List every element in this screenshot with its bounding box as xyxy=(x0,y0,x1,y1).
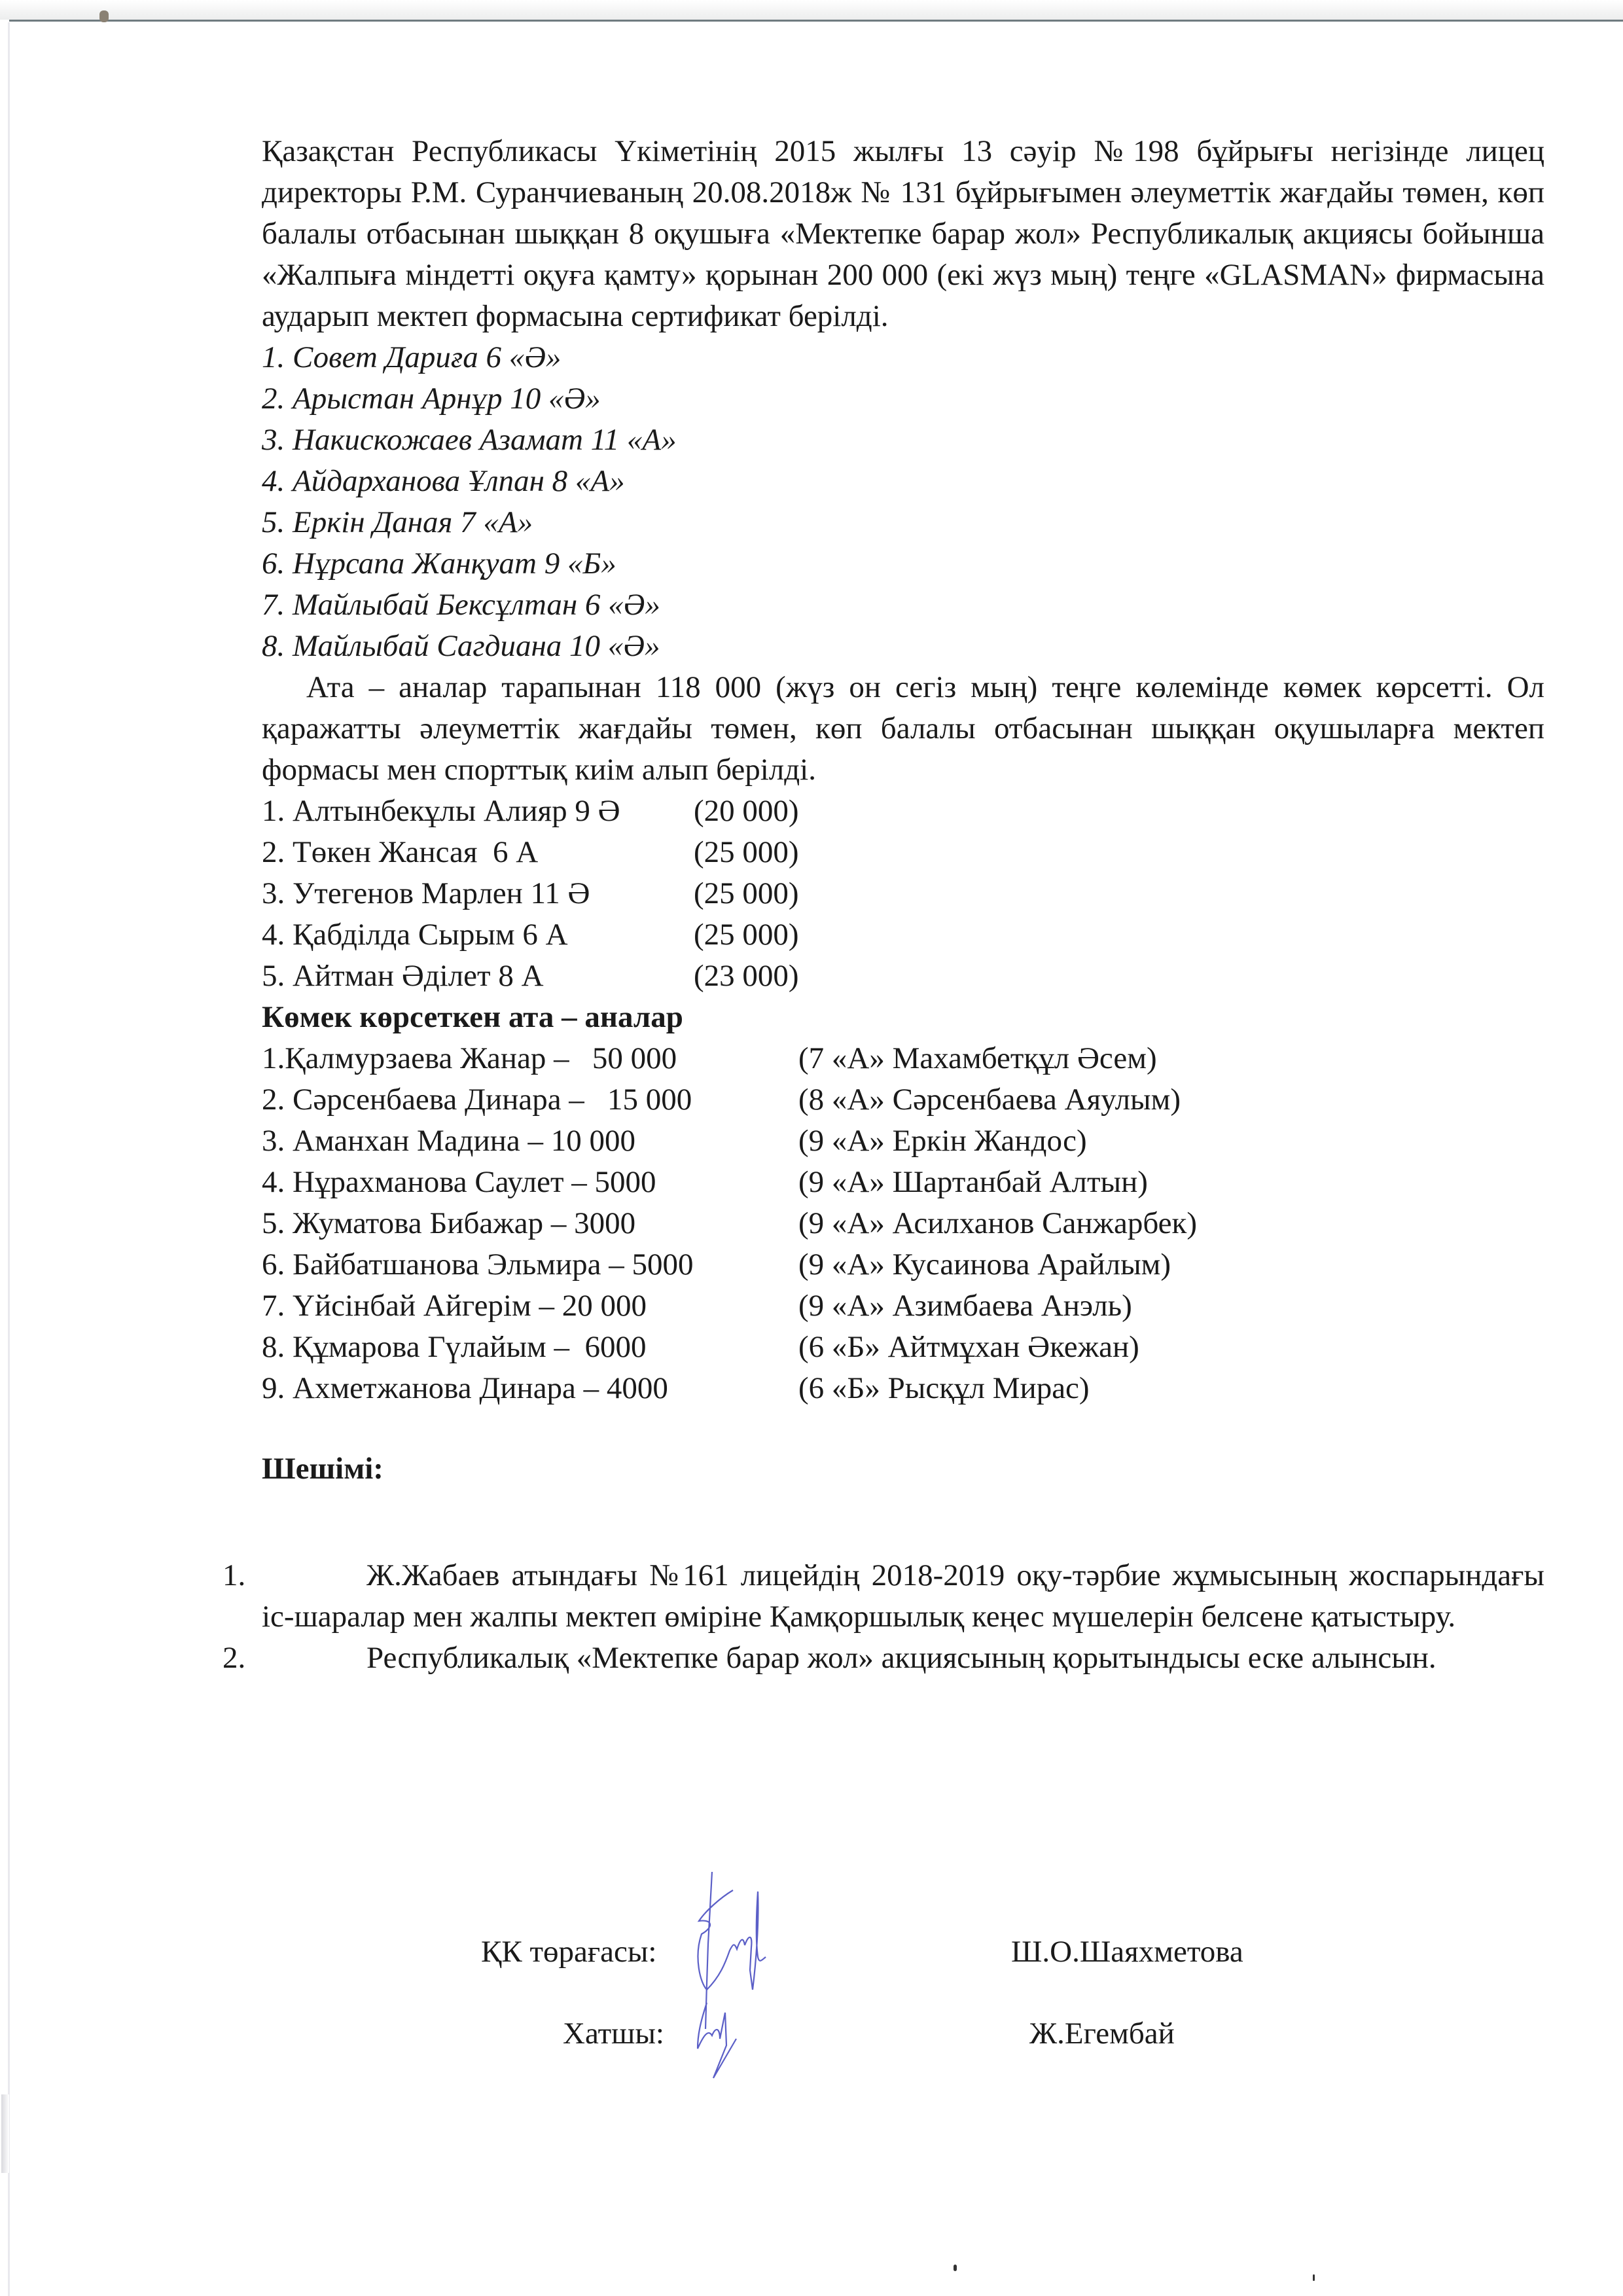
chair-label: ҚК төрағасы: xyxy=(481,1934,656,1969)
aid-amount: (23 000) xyxy=(694,956,799,997)
donors-heading: Көмек көрсеткен ата – аналар xyxy=(262,997,1544,1038)
donor-child: (9 «А» Асилханов Санжарбек) xyxy=(798,1203,1197,1244)
decision-text: Ж.Жабаев атындағы №161 лицейдің 2018-201… xyxy=(262,1555,1544,1638)
parents-paragraph: Ата – аналар тарапынан 118 000 (жүз он с… xyxy=(262,667,1544,791)
donor-name-amount: 1.Қалмурзаева Жанар – 50 000 xyxy=(262,1038,798,1079)
donors-list: 1.Қалмурзаева Жанар – 50 000(7 «А» Махам… xyxy=(262,1038,1544,1409)
scan-border-line xyxy=(9,20,1623,22)
donor-row: 5. Жуматова Бибажар – 3000(9 «А» Асилхан… xyxy=(262,1203,1544,1244)
student-name: 1. Алтынбекұлы Алияр 9 Ә xyxy=(262,791,694,832)
donor-child: (6 «Б» Рысқұл Мирас) xyxy=(798,1368,1090,1409)
donor-child: (9 «А» Кусаинова Арайлым) xyxy=(798,1244,1171,1285)
certificate-student-item: 3. Накискожаев Азамат 11 «А» xyxy=(262,420,1544,461)
certificate-student-item: 7. Майлыбай Бексұлтан 6 «Ә» xyxy=(262,584,1544,626)
donor-row: 7. Үйсінбай Айгерім – 20 000(9 «А» Азимб… xyxy=(262,1285,1544,1327)
scan-left-shadow xyxy=(1,2094,9,2173)
scan-speck xyxy=(1313,2274,1315,2281)
donor-row: 6. Байбатшанова Эльмира – 5000(9 «А» Кус… xyxy=(262,1244,1544,1285)
donor-row: 1.Қалмурзаева Жанар – 50 000(7 «А» Махам… xyxy=(262,1038,1544,1079)
student-name: 5. Айтман Әділет 8 А xyxy=(262,956,694,997)
decision-item: 1.Ж.Жабаев атындағы №161 лицейдің 2018-2… xyxy=(223,1555,1544,1638)
decision-list: 1.Ж.Жабаев атындағы №161 лицейдің 2018-2… xyxy=(223,1555,1544,1679)
certificate-students-list: 1. Совет Дариға 6 «Ә»2. Арыстан Арнұр 10… xyxy=(262,337,1544,667)
donor-name-amount: 5. Жуматова Бибажар – 3000 xyxy=(262,1203,798,1244)
aided-students-list: 1. Алтынбекұлы Алияр 9 Ә(20 000)2. Төкен… xyxy=(262,791,1544,997)
aided-student-row: 4. Қабділда Сырым 6 А(25 000) xyxy=(262,914,1544,956)
scan-speck xyxy=(954,2265,957,2271)
donor-child: (8 «А» Сәрсенбаева Аяулым) xyxy=(798,1079,1181,1121)
donor-name-amount: 2. Сәрсенбаева Динара – 15 000 xyxy=(262,1079,798,1121)
scan-left-edge xyxy=(8,22,10,2296)
donor-row: 4. Нұрахманова Саулет – 5000(9 «А» Шарта… xyxy=(262,1162,1544,1203)
certificate-student-item: 4. Айдарханова Ұлпан 8 «А» xyxy=(262,461,1544,502)
decision-number: 1. xyxy=(223,1555,262,1638)
signature-icon xyxy=(694,1872,825,2088)
certificate-student-item: 8. Майлыбай Сагдиана 10 «Ә» xyxy=(262,626,1544,667)
aid-amount: (25 000) xyxy=(694,873,799,914)
donor-name-amount: 4. Нұрахманова Саулет – 5000 xyxy=(262,1162,798,1203)
donor-name-amount: 9. Ахметжанова Динара – 4000 xyxy=(262,1368,798,1409)
aid-amount: (20 000) xyxy=(694,791,799,832)
donor-row: 3. Аманхан Мадина – 10 000(9 «А» Еркін Ж… xyxy=(262,1121,1544,1162)
decision-number: 2. xyxy=(223,1638,262,1679)
donor-name-amount: 3. Аманхан Мадина – 10 000 xyxy=(262,1121,798,1162)
donor-child: (7 «А» Махамбетқұл Әсем) xyxy=(798,1038,1157,1079)
student-name: 4. Қабділда Сырым 6 А xyxy=(262,914,694,956)
aid-amount: (25 000) xyxy=(694,832,799,873)
certificate-student-item: 6. Нұрсапа Жанқуат 9 «Б» xyxy=(262,543,1544,584)
aid-amount: (25 000) xyxy=(694,914,799,956)
decision-item: 2.Республикалық «Мектепке барар жол» акц… xyxy=(223,1638,1544,1679)
certificate-student-item: 1. Совет Дариға 6 «Ә» xyxy=(262,337,1544,378)
donor-child: (9 «А» Азимбаева Анэль) xyxy=(798,1285,1132,1327)
chair-name: Ш.О.Шаяхметова xyxy=(1011,1934,1243,1969)
student-name: 2. Төкен Жансая 6 А xyxy=(262,832,694,873)
aided-student-row: 3. Утегенов Марлен 11 Ә(25 000) xyxy=(262,873,1544,914)
secretary-label: Хатшы: xyxy=(563,2016,664,2051)
certificate-student-item: 2. Арыстан Арнұр 10 «Ә» xyxy=(262,378,1544,420)
donor-name-amount: 6. Байбатшанова Эльмира – 5000 xyxy=(262,1244,798,1285)
aided-student-row: 1. Алтынбекұлы Алияр 9 Ә(20 000) xyxy=(262,791,1544,832)
student-name: 3. Утегенов Марлен 11 Ә xyxy=(262,873,694,914)
donor-name-amount: 7. Үйсінбай Айгерім – 20 000 xyxy=(262,1285,798,1327)
certificate-student-item: 5. Еркін Даная 7 «А» xyxy=(262,502,1544,543)
donor-name-amount: 8. Құмарова Гүлайым – 6000 xyxy=(262,1327,798,1368)
scan-top-edge xyxy=(0,0,1623,20)
secretary-name: Ж.Егембай xyxy=(1029,2016,1175,2051)
document-page: Қазақстан Республикасы Үкіметінің 2015 ж… xyxy=(262,131,1544,1679)
intro-paragraph: Қазақстан Республикасы Үкіметінің 2015 ж… xyxy=(262,131,1544,337)
donor-child: (6 «Б» Айтмұхан Әкежан) xyxy=(798,1327,1139,1368)
aided-student-row: 5. Айтман Әділет 8 А(23 000) xyxy=(262,956,1544,997)
donor-child: (9 «А» Еркін Жандос) xyxy=(798,1121,1087,1162)
donor-child: (9 «А» Шартанбай Алтын) xyxy=(798,1162,1148,1203)
decision-text: Республикалық «Мектепке барар жол» акция… xyxy=(262,1638,1544,1679)
decision-title: Шешімі: xyxy=(262,1448,1544,1490)
aided-student-row: 2. Төкен Жансая 6 А(25 000) xyxy=(262,832,1544,873)
donor-row: 8. Құмарова Гүлайым – 6000(6 «Б» Айтмұха… xyxy=(262,1327,1544,1368)
scan-artifact xyxy=(99,10,109,22)
donor-row: 9. Ахметжанова Динара – 4000(6 «Б» Рысқұ… xyxy=(262,1368,1544,1409)
donor-row: 2. Сәрсенбаева Динара – 15 000(8 «А» Сәр… xyxy=(262,1079,1544,1121)
